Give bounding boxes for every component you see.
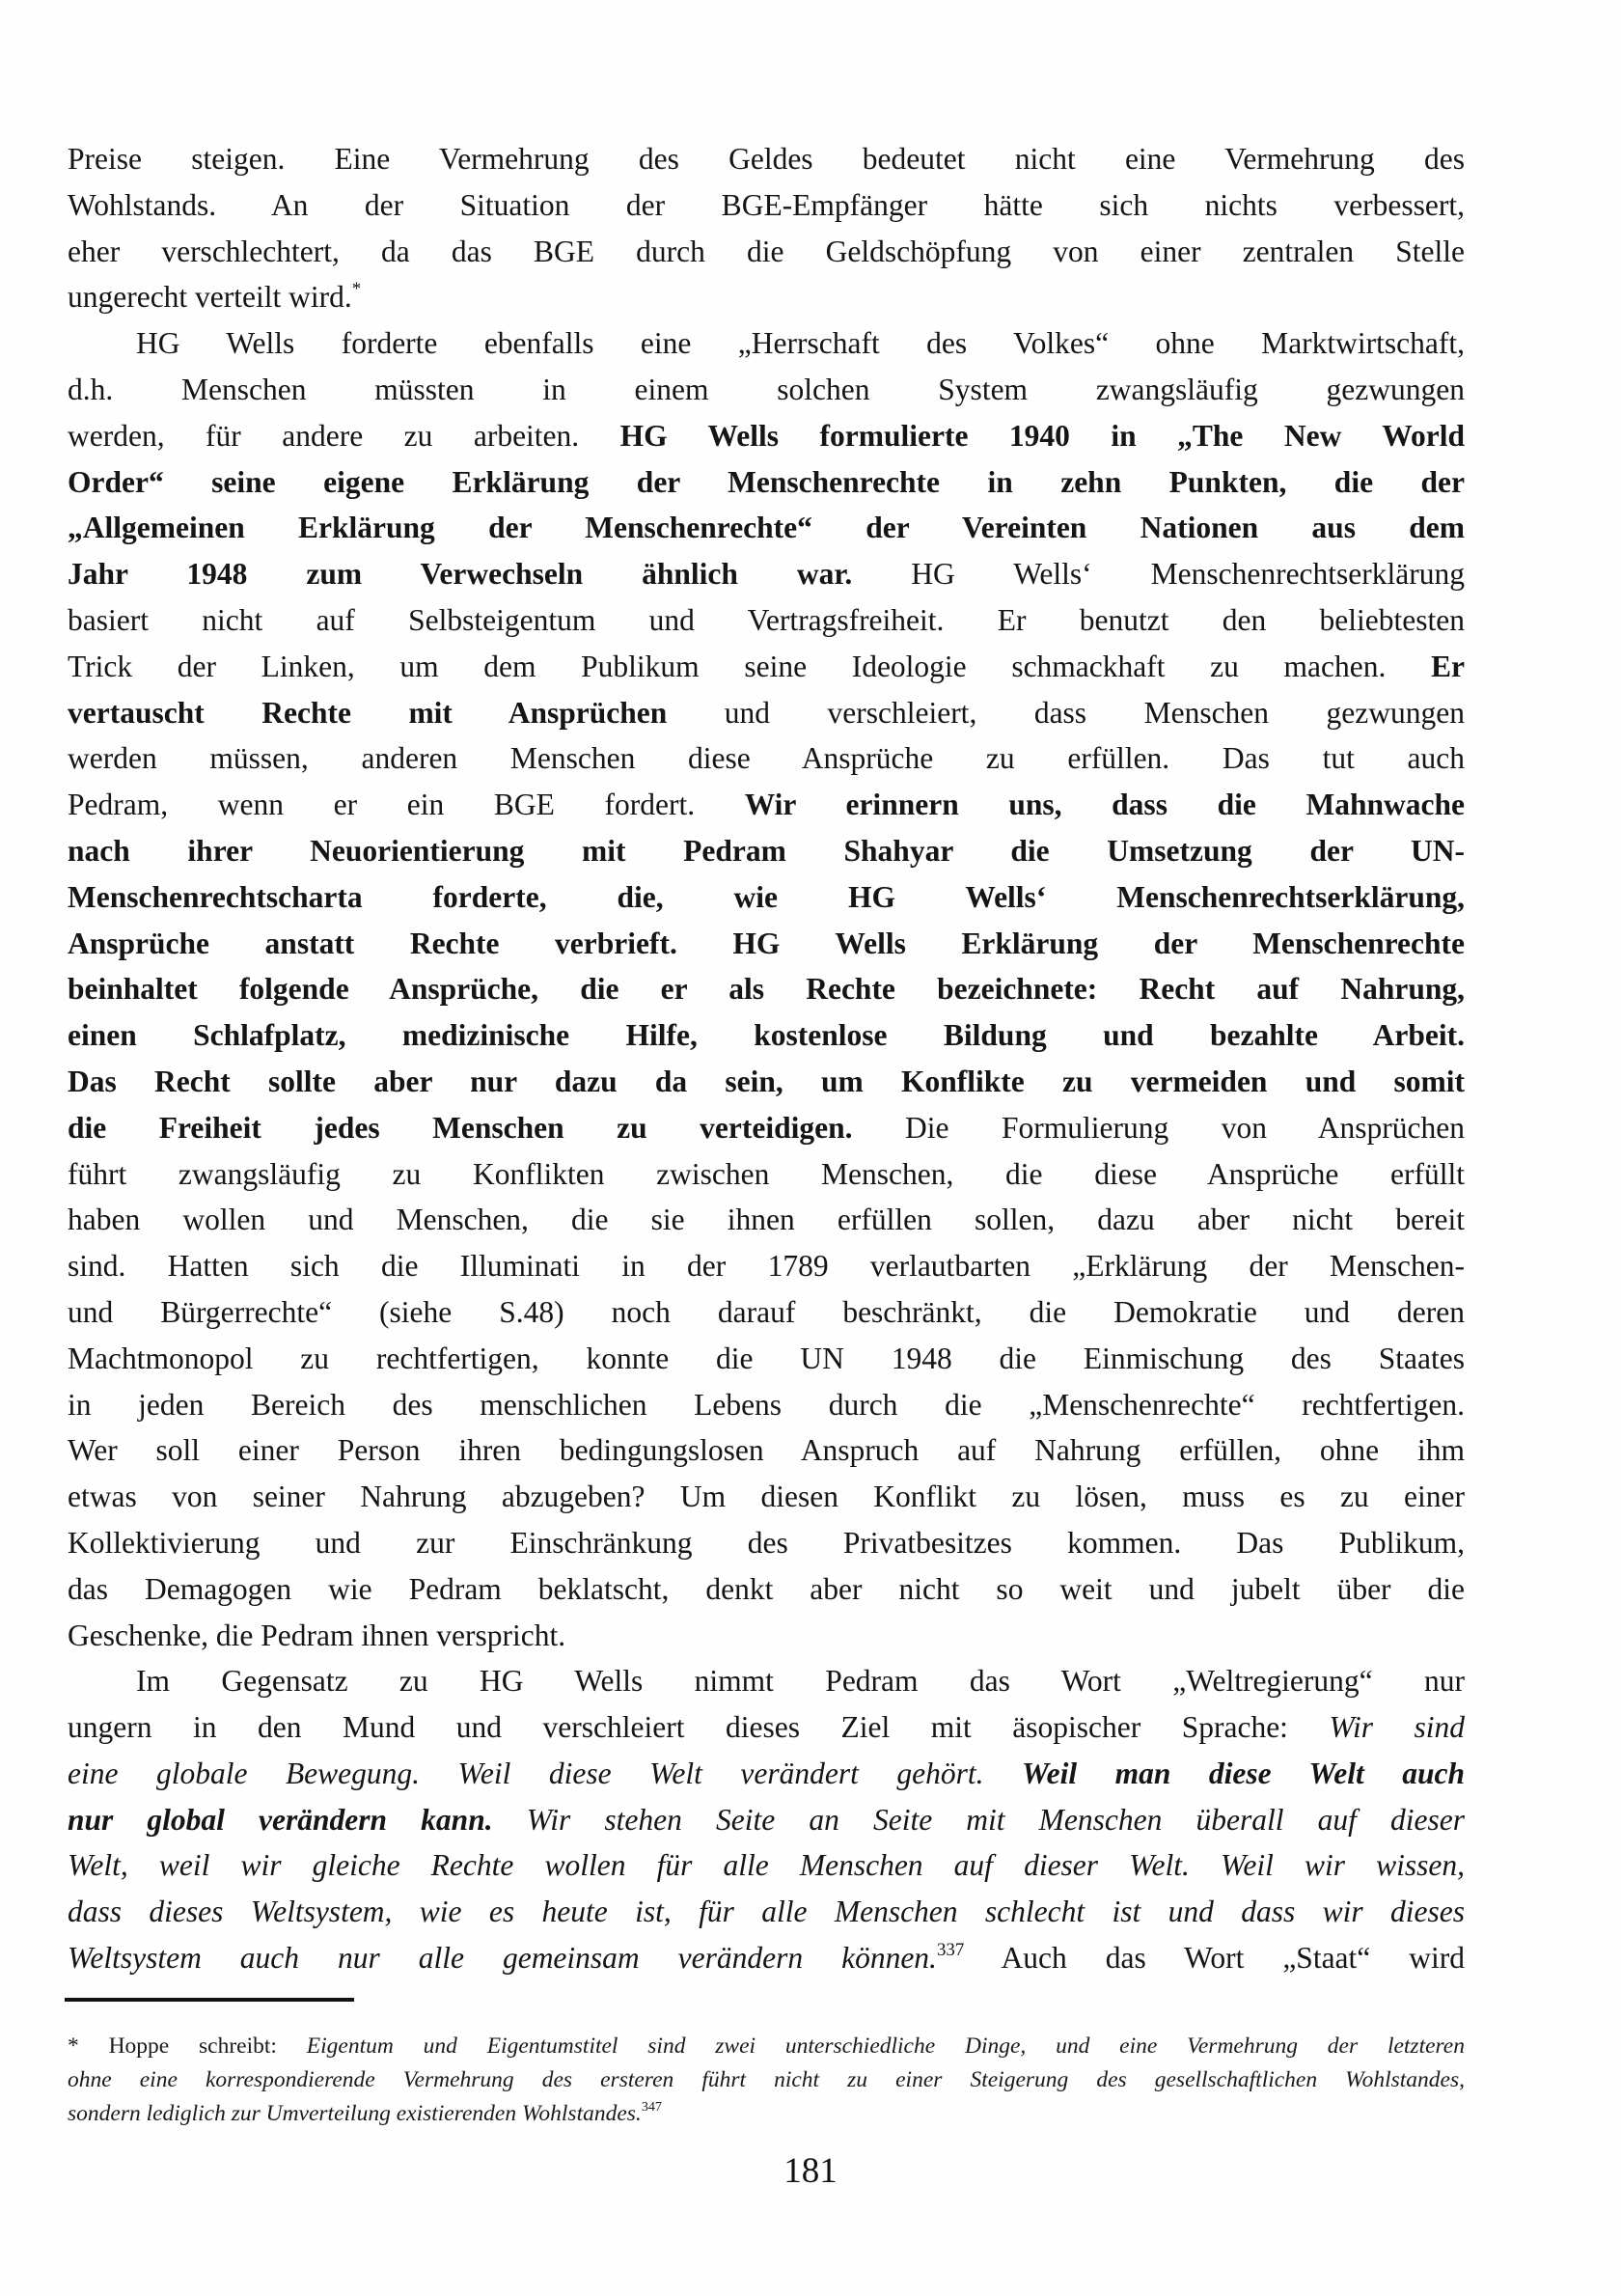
bold-italic-text-run: Weil man diese Welt auch — [1022, 1757, 1465, 1790]
footnote: * Hoppe schreibt: Eigentum und Eigentums… — [68, 2030, 1465, 2131]
text-run: ungerecht verteilt wird. — [68, 280, 352, 314]
text-line: HG Wells forderte ebenfalls eine „Herrsc… — [68, 320, 1465, 367]
bold-text-run: Jahr 1948 zum Verwechseln ähnlich war. — [68, 557, 852, 591]
text-line: einen Schlafplatz, medizinische Hilfe, k… — [68, 1012, 1465, 1059]
text-line: „Allgemeinen Erklärung der Menschenrecht… — [68, 505, 1465, 551]
text-run: etwas von seiner Nahrung abzugeben? Um d… — [68, 1480, 1465, 1513]
text-run: Auch das Wort „Staat“ wird — [964, 1941, 1465, 1975]
text-run: das Demagogen wie Pedram beklatscht, den… — [68, 1572, 1465, 1606]
text-line: Kollektivierung und zur Einschränkung de… — [68, 1520, 1465, 1566]
text-line: Welt, weil wir gleiche Rechte wollen für… — [68, 1842, 1465, 1889]
text-line: ungerecht verteilt wird.* — [68, 274, 1465, 320]
text-line: d.h. Menschen müssten in einem solchen S… — [68, 367, 1465, 413]
text-line: sind. Hatten sich die Illuminati in der … — [68, 1243, 1465, 1289]
text-line: Menschenrechtscharta forderte, die, wie … — [68, 874, 1465, 921]
bold-text-run: vertauscht Rechte mit Ansprüchen — [68, 696, 667, 730]
bold-text-run: die Freiheit jedes Menschen zu verteidig… — [68, 1111, 853, 1145]
text-line: Wer soll einer Person ihren bedingungslo… — [68, 1427, 1465, 1474]
text-run: Die Formulierung von Ansprüchen — [853, 1111, 1466, 1145]
text-line: beinhaltet folgende Ansprüche, die er al… — [68, 966, 1465, 1012]
text-line: Geschenke, die Pedram ihnen verspricht. — [68, 1613, 1465, 1659]
text-line: dass dieses Weltsystem, wie es heute ist… — [68, 1889, 1465, 1935]
text-run: haben wollen und Menschen, die sie ihnen… — [68, 1203, 1465, 1236]
text-run: eher verschlechtert, da das BGE durch di… — [68, 235, 1465, 268]
text-line: Preise steigen. Eine Vermehrung des Geld… — [68, 136, 1465, 182]
text-line: haben wollen und Menschen, die sie ihnen… — [68, 1197, 1465, 1243]
page-number: 181 — [0, 2150, 1621, 2192]
text-run: HG Wells forderte ebenfalls eine „Herrsc… — [136, 326, 1465, 360]
text-run: und Bürgerrechte“ (siehe S.48) noch dara… — [68, 1295, 1465, 1329]
bold-text-run: beinhaltet folgende Ansprüche, die er al… — [68, 972, 1465, 1006]
text-run: Preise steigen. Eine Vermehrung des Geld… — [68, 142, 1465, 176]
italic-text-run: dass dieses Weltsystem, wie es heute ist… — [68, 1895, 1465, 1928]
italic-text-run: Welt, weil wir gleiche Rechte wollen für… — [68, 1848, 1465, 1882]
italic-text-run: sondern lediglich zur Umverteilung exist… — [68, 2101, 642, 2126]
italic-text-run: Weltsystem auch nur alle gemeinsam verän… — [68, 1941, 937, 1975]
text-run: und verschleiert, dass Menschen gezwunge… — [667, 696, 1465, 730]
text-run: * Hoppe schreibt: — [68, 2033, 307, 2059]
text-line: Order“ seine eigene Erklärung der Mensch… — [68, 459, 1465, 506]
bold-text-run: nach ihrer Neuorientierung mit Pedram Sh… — [68, 834, 1465, 868]
bold-text-run: Ansprüche anstatt Rechte verbrieft. HG W… — [68, 927, 1465, 960]
italic-text-run: Eigentum und Eigentumstitel sind zwei un… — [307, 2033, 1465, 2059]
italic-text-run: Wir sind — [1329, 1710, 1465, 1744]
book-page: Preise steigen. Eine Vermehrung des Geld… — [0, 0, 1621, 2296]
text-line: Ansprüche anstatt Rechte verbrieft. HG W… — [68, 921, 1465, 967]
text-run: sind. Hatten sich die Illuminati in der … — [68, 1249, 1465, 1283]
italic-text-run: eine globale Bewegung. Weil diese Welt v… — [68, 1757, 1022, 1790]
text-line: ungern in den Mund und verschleiert dies… — [68, 1704, 1465, 1751]
bold-text-run: Order“ seine eigene Erklärung der Mensch… — [68, 465, 1465, 499]
text-line: eine globale Bewegung. Weil diese Welt v… — [68, 1751, 1465, 1797]
footnote-separator-rule — [65, 1998, 354, 2002]
text-line: Wohlstands. An der Situation der BGE-Emp… — [68, 182, 1465, 229]
text-line: nach ihrer Neuorientierung mit Pedram Sh… — [68, 828, 1465, 874]
text-run: Machtmonopol zu rechtfertigen, konnte di… — [68, 1342, 1465, 1375]
text-run: Im Gegensatz zu HG Wells nimmt Pedram da… — [136, 1664, 1465, 1698]
text-run: in jeden Bereich des menschlichen Lebens… — [68, 1388, 1465, 1422]
text-line: die Freiheit jedes Menschen zu verteidig… — [68, 1105, 1465, 1151]
footnote-line: sondern lediglich zur Umverteilung exist… — [68, 2097, 1465, 2131]
text-line: und Bürgerrechte“ (siehe S.48) noch dara… — [68, 1289, 1465, 1336]
italic-text-run: ohne eine korrespondierende Vermehrung d… — [68, 2067, 1465, 2092]
text-line: in jeden Bereich des menschlichen Lebens… — [68, 1382, 1465, 1428]
text-line: das Demagogen wie Pedram beklatscht, den… — [68, 1566, 1465, 1613]
text-run: HG Wells‘ Menschenrechtserklärung — [852, 557, 1465, 591]
bold-text-run: HG Wells formulierte 1940 in „The New Wo… — [620, 419, 1465, 453]
bold-text-run: Menschenrechtscharta forderte, die, wie … — [68, 880, 1465, 914]
text-line: Pedram, wenn er ein BGE fordert. Wir eri… — [68, 782, 1465, 828]
text-run: d.h. Menschen müssten in einem solchen S… — [68, 373, 1465, 406]
text-run: Geschenke, die Pedram ihnen verspricht. — [68, 1618, 565, 1652]
text-line: nur global verändern kann. Wir stehen Se… — [68, 1797, 1465, 1843]
footnote-reference: 337 — [937, 1940, 964, 1960]
text-line: führt zwangsläufig zu Konflikten zwische… — [68, 1151, 1465, 1198]
text-run: Trick der Linken, um dem Publikum seine … — [68, 650, 1431, 683]
text-line: eher verschlechtert, da das BGE durch di… — [68, 229, 1465, 275]
bold-text-run: „Allgemeinen Erklärung der Menschenrecht… — [68, 511, 1465, 544]
text-line: Trick der Linken, um dem Publikum seine … — [68, 644, 1465, 690]
body-text: Preise steigen. Eine Vermehrung des Geld… — [68, 136, 1465, 1981]
text-run: Wer soll einer Person ihren bedingungslo… — [68, 1433, 1465, 1467]
text-run: Pedram, wenn er ein BGE fordert. — [68, 788, 745, 821]
text-line: Jahr 1948 zum Verwechseln ähnlich war. H… — [68, 551, 1465, 597]
text-run: basiert nicht auf Selbsteigentum und Ver… — [68, 603, 1465, 637]
text-run: werden müssen, anderen Menschen diese An… — [68, 741, 1465, 775]
text-line: Machtmonopol zu rechtfertigen, konnte di… — [68, 1336, 1465, 1382]
text-run: Kollektivierung und zur Einschränkung de… — [68, 1526, 1465, 1560]
text-line: vertauscht Rechte mit Ansprüchen und ver… — [68, 690, 1465, 736]
text-run: ungern in den Mund und verschleiert dies… — [68, 1710, 1329, 1744]
text-line: werden, für andere zu arbeiten. HG Wells… — [68, 413, 1465, 459]
text-line: basiert nicht auf Selbsteigentum und Ver… — [68, 597, 1465, 644]
text-line: Im Gegensatz zu HG Wells nimmt Pedram da… — [68, 1658, 1465, 1704]
text-line: werden müssen, anderen Menschen diese An… — [68, 735, 1465, 782]
text-line: Weltsystem auch nur alle gemeinsam verän… — [68, 1935, 1465, 1981]
footnote-line: * Hoppe schreibt: Eigentum und Eigentums… — [68, 2030, 1465, 2063]
text-run: Wohlstands. An der Situation der BGE-Emp… — [68, 188, 1465, 222]
text-run: führt zwangsläufig zu Konflikten zwische… — [68, 1157, 1465, 1191]
bold-italic-text-run: nur global verändern kann. — [68, 1803, 493, 1837]
text-run: werden, für andere zu arbeiten. — [68, 419, 620, 453]
bold-text-run: Wir erinnern uns, dass die Mahnwache — [745, 788, 1465, 821]
italic-text-run: Wir stehen Seite an Seite mit Menschen ü… — [493, 1803, 1465, 1837]
footnote-reference: * — [352, 279, 361, 299]
bold-text-run: Er — [1431, 650, 1465, 683]
bold-text-run: einen Schlafplatz, medizinische Hilfe, k… — [68, 1018, 1465, 1052]
footnote-line: ohne eine korrespondierende Vermehrung d… — [68, 2063, 1465, 2097]
text-line: Das Recht sollte aber nur dazu da sein, … — [68, 1059, 1465, 1105]
bold-text-run: Das Recht sollte aber nur dazu da sein, … — [68, 1065, 1465, 1098]
footnote-reference: 347 — [642, 2099, 662, 2115]
text-line: etwas von seiner Nahrung abzugeben? Um d… — [68, 1474, 1465, 1520]
